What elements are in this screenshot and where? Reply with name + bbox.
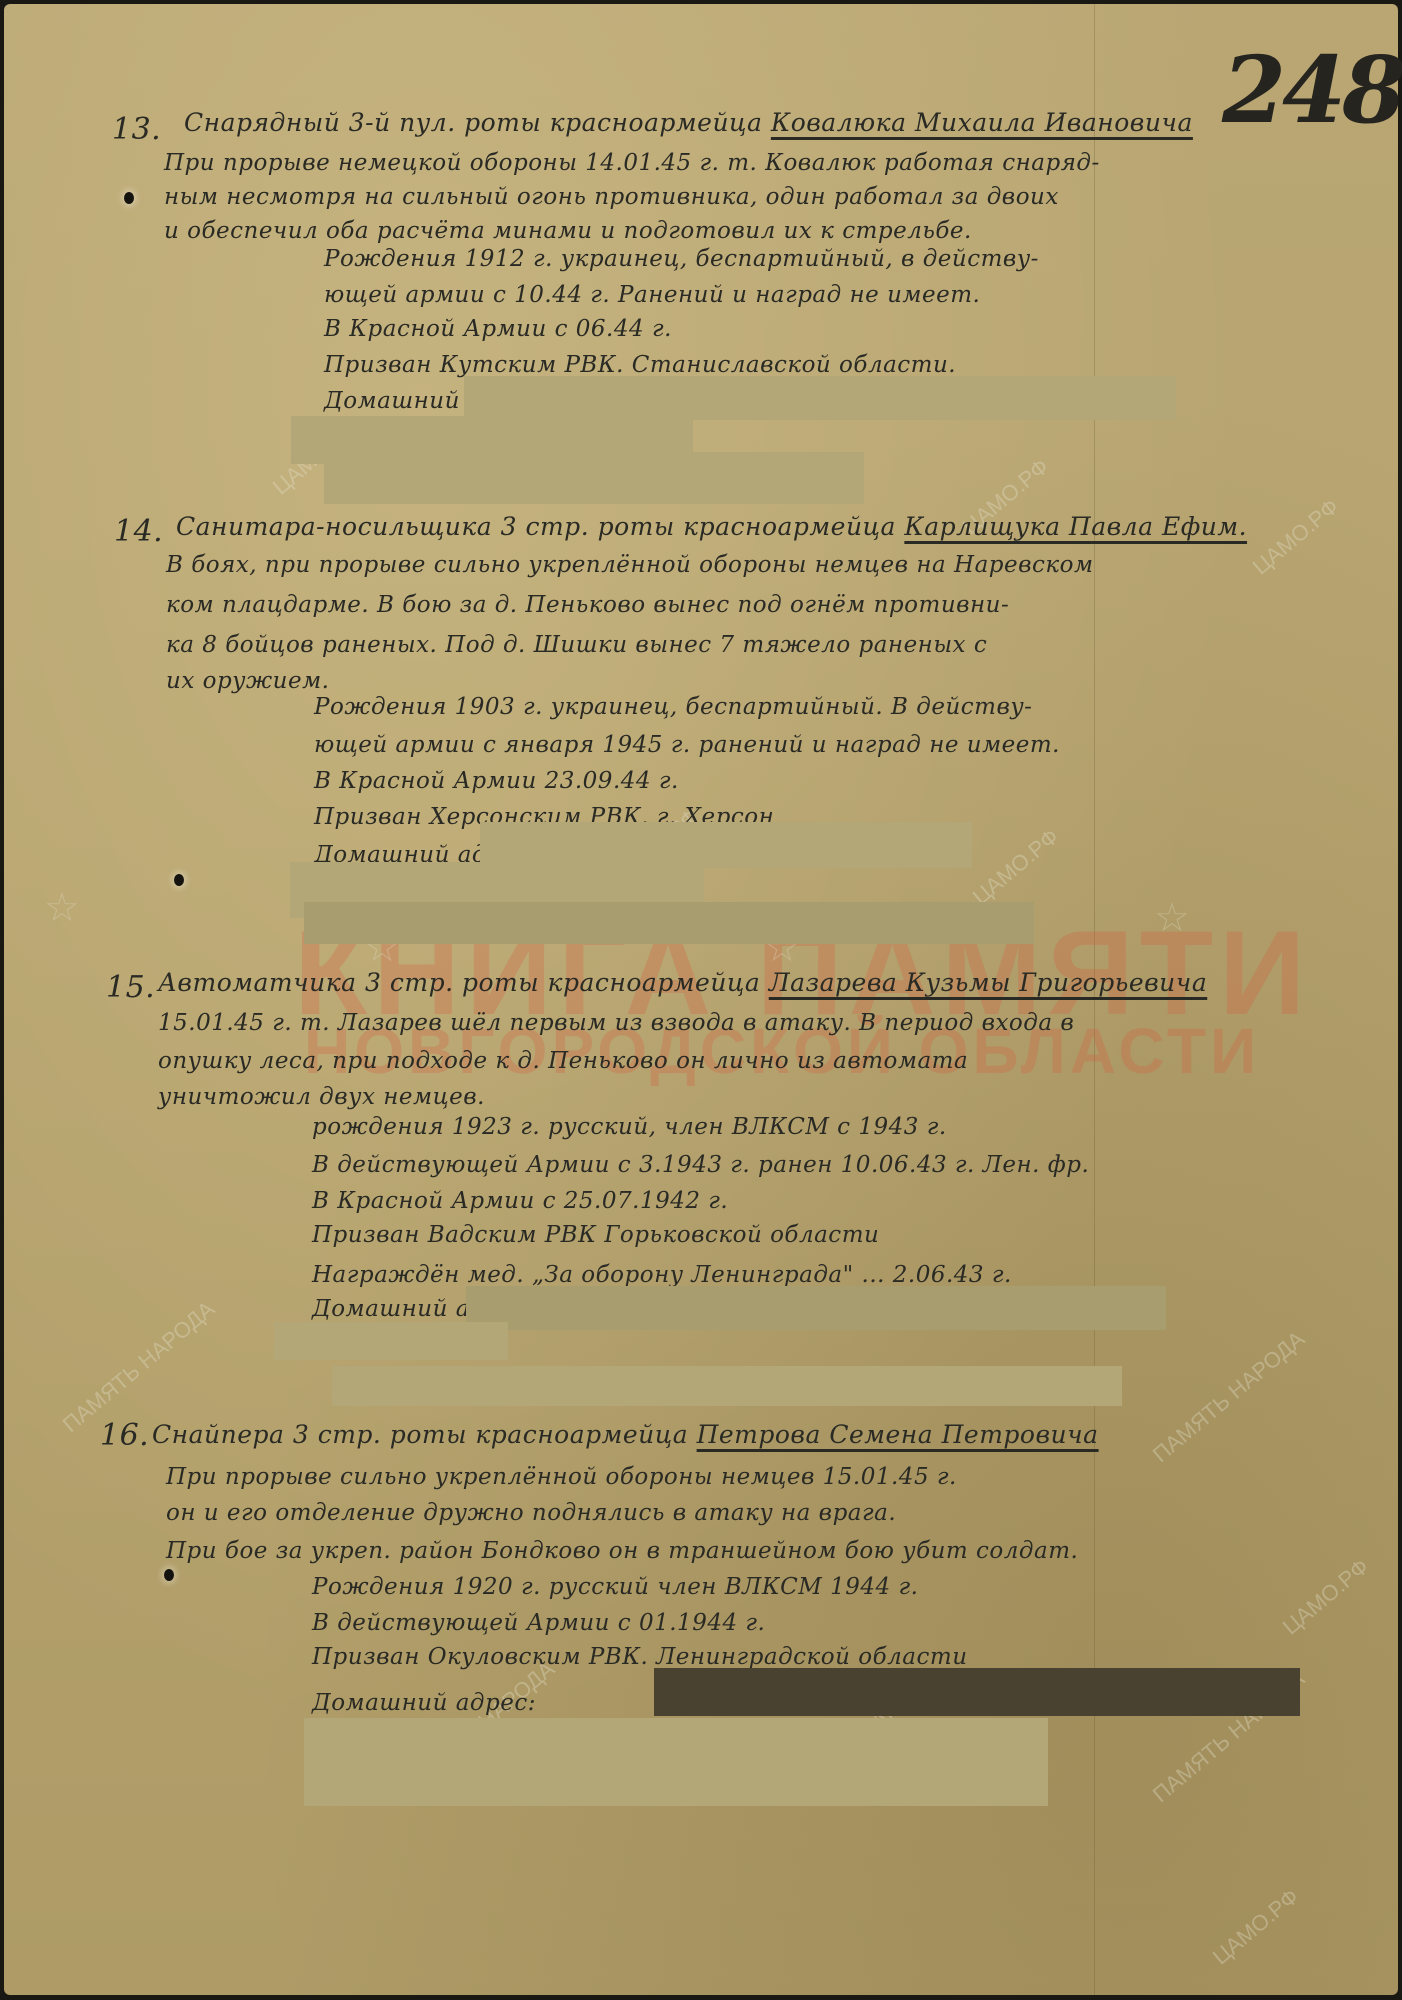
punch-hole [174, 874, 184, 886]
detail-line: рождения 1923 г. русский, член ВЛКСМ с 1… [312, 1114, 947, 1140]
star-icon: ☆ [1154, 894, 1190, 941]
detail-line: Призван Кутским РВК. Станиславской облас… [324, 352, 956, 378]
soldier-name: Лазарева Кузьмы Григорьевича [769, 968, 1208, 997]
detail-line: В Красной Армии с 25.07.1942 г. [312, 1188, 728, 1214]
entry-number: 13. [112, 112, 161, 147]
redacted-address [654, 1668, 1300, 1716]
entry-number: 16. [100, 1418, 149, 1453]
detail-line: Призван Вадским РВК Горьковской области [312, 1222, 879, 1248]
entry-heading-prefix: Санитара-носильщика 3 стр. роты красноар… [176, 512, 896, 541]
detail-line: ющей армии с января 1945 г. ранений и на… [314, 732, 1060, 758]
watermark-mark: ЦАМО.РФ [1248, 494, 1344, 581]
entry-heading-prefix: Снайпера 3 стр. роты красноармейца [152, 1420, 688, 1449]
detail-line: Награждён мед. „За оборону Ленинграда" .… [312, 1262, 1012, 1288]
star-icon: ☆ [44, 884, 80, 931]
entry-number: 15. [106, 970, 155, 1005]
redacted-address [332, 1366, 1122, 1406]
narrative-line: 15.01.45 г. т. Лазарев шёл первым из взв… [158, 1010, 1074, 1036]
detail-line: В Красной Армии 23.09.44 г. [314, 768, 679, 794]
detail-line: В действующей Армии с 01.1944 г. [312, 1610, 765, 1636]
watermark-mark: ЦАМО.РФ [968, 824, 1064, 911]
watermark-mark: ПАМЯТЬ НАРОДА [58, 1296, 220, 1438]
detail-line: Призван Окуловским РВК. Ленинградской об… [312, 1644, 968, 1670]
entry-heading: Снарядный 3-й пул. роты красноармейца Ко… [184, 108, 1193, 137]
detail-line: Рождения 1903 г. украинец, беспартийный.… [314, 694, 1032, 720]
entry-heading-prefix: Снарядный 3-й пул. роты красноармейца [184, 108, 762, 137]
watermark-mark: ЦАМО.РФ [1208, 1884, 1304, 1971]
detail-line: В действующей Армии с 3.1943 г. ранен 10… [312, 1152, 1089, 1178]
narrative-line: ком плацдарме. В бою за д. Пеньково выне… [166, 592, 1009, 618]
narrative-line: При прорыве немецкой обороны 14.01.45 г.… [164, 150, 1100, 176]
narrative-line: он и его отделение дружно поднялись в ат… [166, 1500, 896, 1526]
entry-heading: Снайпера 3 стр. роты красноармейца Петро… [152, 1420, 1099, 1449]
detail-line: ющей армии с 10.44 г. Ранений и наград н… [324, 282, 980, 308]
soldier-name: Ковалюка Михаила Ивановича [771, 108, 1193, 137]
soldier-name: Карлищука Павла Ефим. [904, 512, 1247, 541]
narrative-line: При прорыве сильно укреплённой обороны н… [166, 1464, 957, 1490]
folio-number: 248 [1222, 36, 1402, 144]
watermark-mark: ЦАМО.РФ [1278, 1554, 1374, 1641]
narrative-line: ка 8 бойцов раненых. Под д. Шишки вынес … [166, 632, 987, 658]
redacted-address [466, 1286, 1166, 1330]
narrative-line: В боях, при прорыве сильно укреплённой о… [166, 552, 1094, 578]
redacted-address [274, 1322, 508, 1360]
punch-hole [124, 192, 134, 204]
narrative-line: опушку леса, при подходе к д. Пеньково о… [158, 1048, 968, 1074]
narrative-line: и обеспечил оба расчёта минами и подгото… [164, 218, 972, 244]
narrative-line: ным несмотря на сильный огонь противника… [164, 184, 1059, 210]
detail-line: Домашний адрес: [312, 1690, 536, 1716]
entry-heading-prefix: Автоматчика 3 стр. роты красноармейца [158, 968, 760, 997]
watermark-mark: ПАМЯТЬ НАРОДА [1148, 1326, 1310, 1468]
narrative-line: При бое за укреп. район Бондково он в тр… [166, 1538, 1078, 1564]
redacted-address [324, 452, 864, 504]
narrative-line: их оружием. [166, 668, 329, 694]
detail-line: Рождения 1912 г. украинец, беспартийный,… [324, 246, 1039, 272]
detail-line: В Красной Армии с 06.44 г. [324, 316, 672, 342]
soldier-name: Петрова Семена Петровича [697, 1420, 1099, 1449]
narrative-line: уничтожил двух немцев. [158, 1084, 485, 1110]
archival-document-page: 248 КНИГА ПАМЯТИ НОВГОРОДСКОЙ ОБЛАСТИ ЦА… [4, 4, 1398, 1995]
entry-heading: Автоматчика 3 стр. роты красноармейца Ла… [158, 968, 1207, 997]
detail-line: Рождения 1920 г. русский член ВЛКСМ 1944… [312, 1574, 918, 1600]
punch-hole [164, 1569, 174, 1581]
entry-number: 14. [114, 514, 163, 549]
redacted-address [304, 1718, 1048, 1806]
entry-heading: Санитара-носильщика 3 стр. роты красноар… [176, 512, 1247, 541]
redacted-address [464, 376, 1176, 420]
redacted-address [304, 902, 1034, 944]
